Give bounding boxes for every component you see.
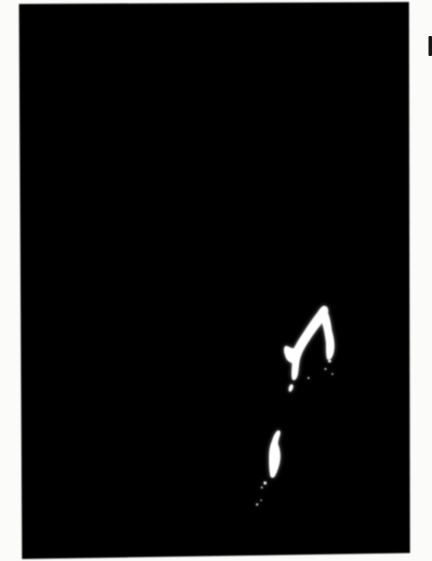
- scanned-page: [0, 0, 432, 561]
- margin-mark: [429, 36, 432, 56]
- photo-frame: [19, 2, 410, 559]
- photograph: [0, 0, 432, 561]
